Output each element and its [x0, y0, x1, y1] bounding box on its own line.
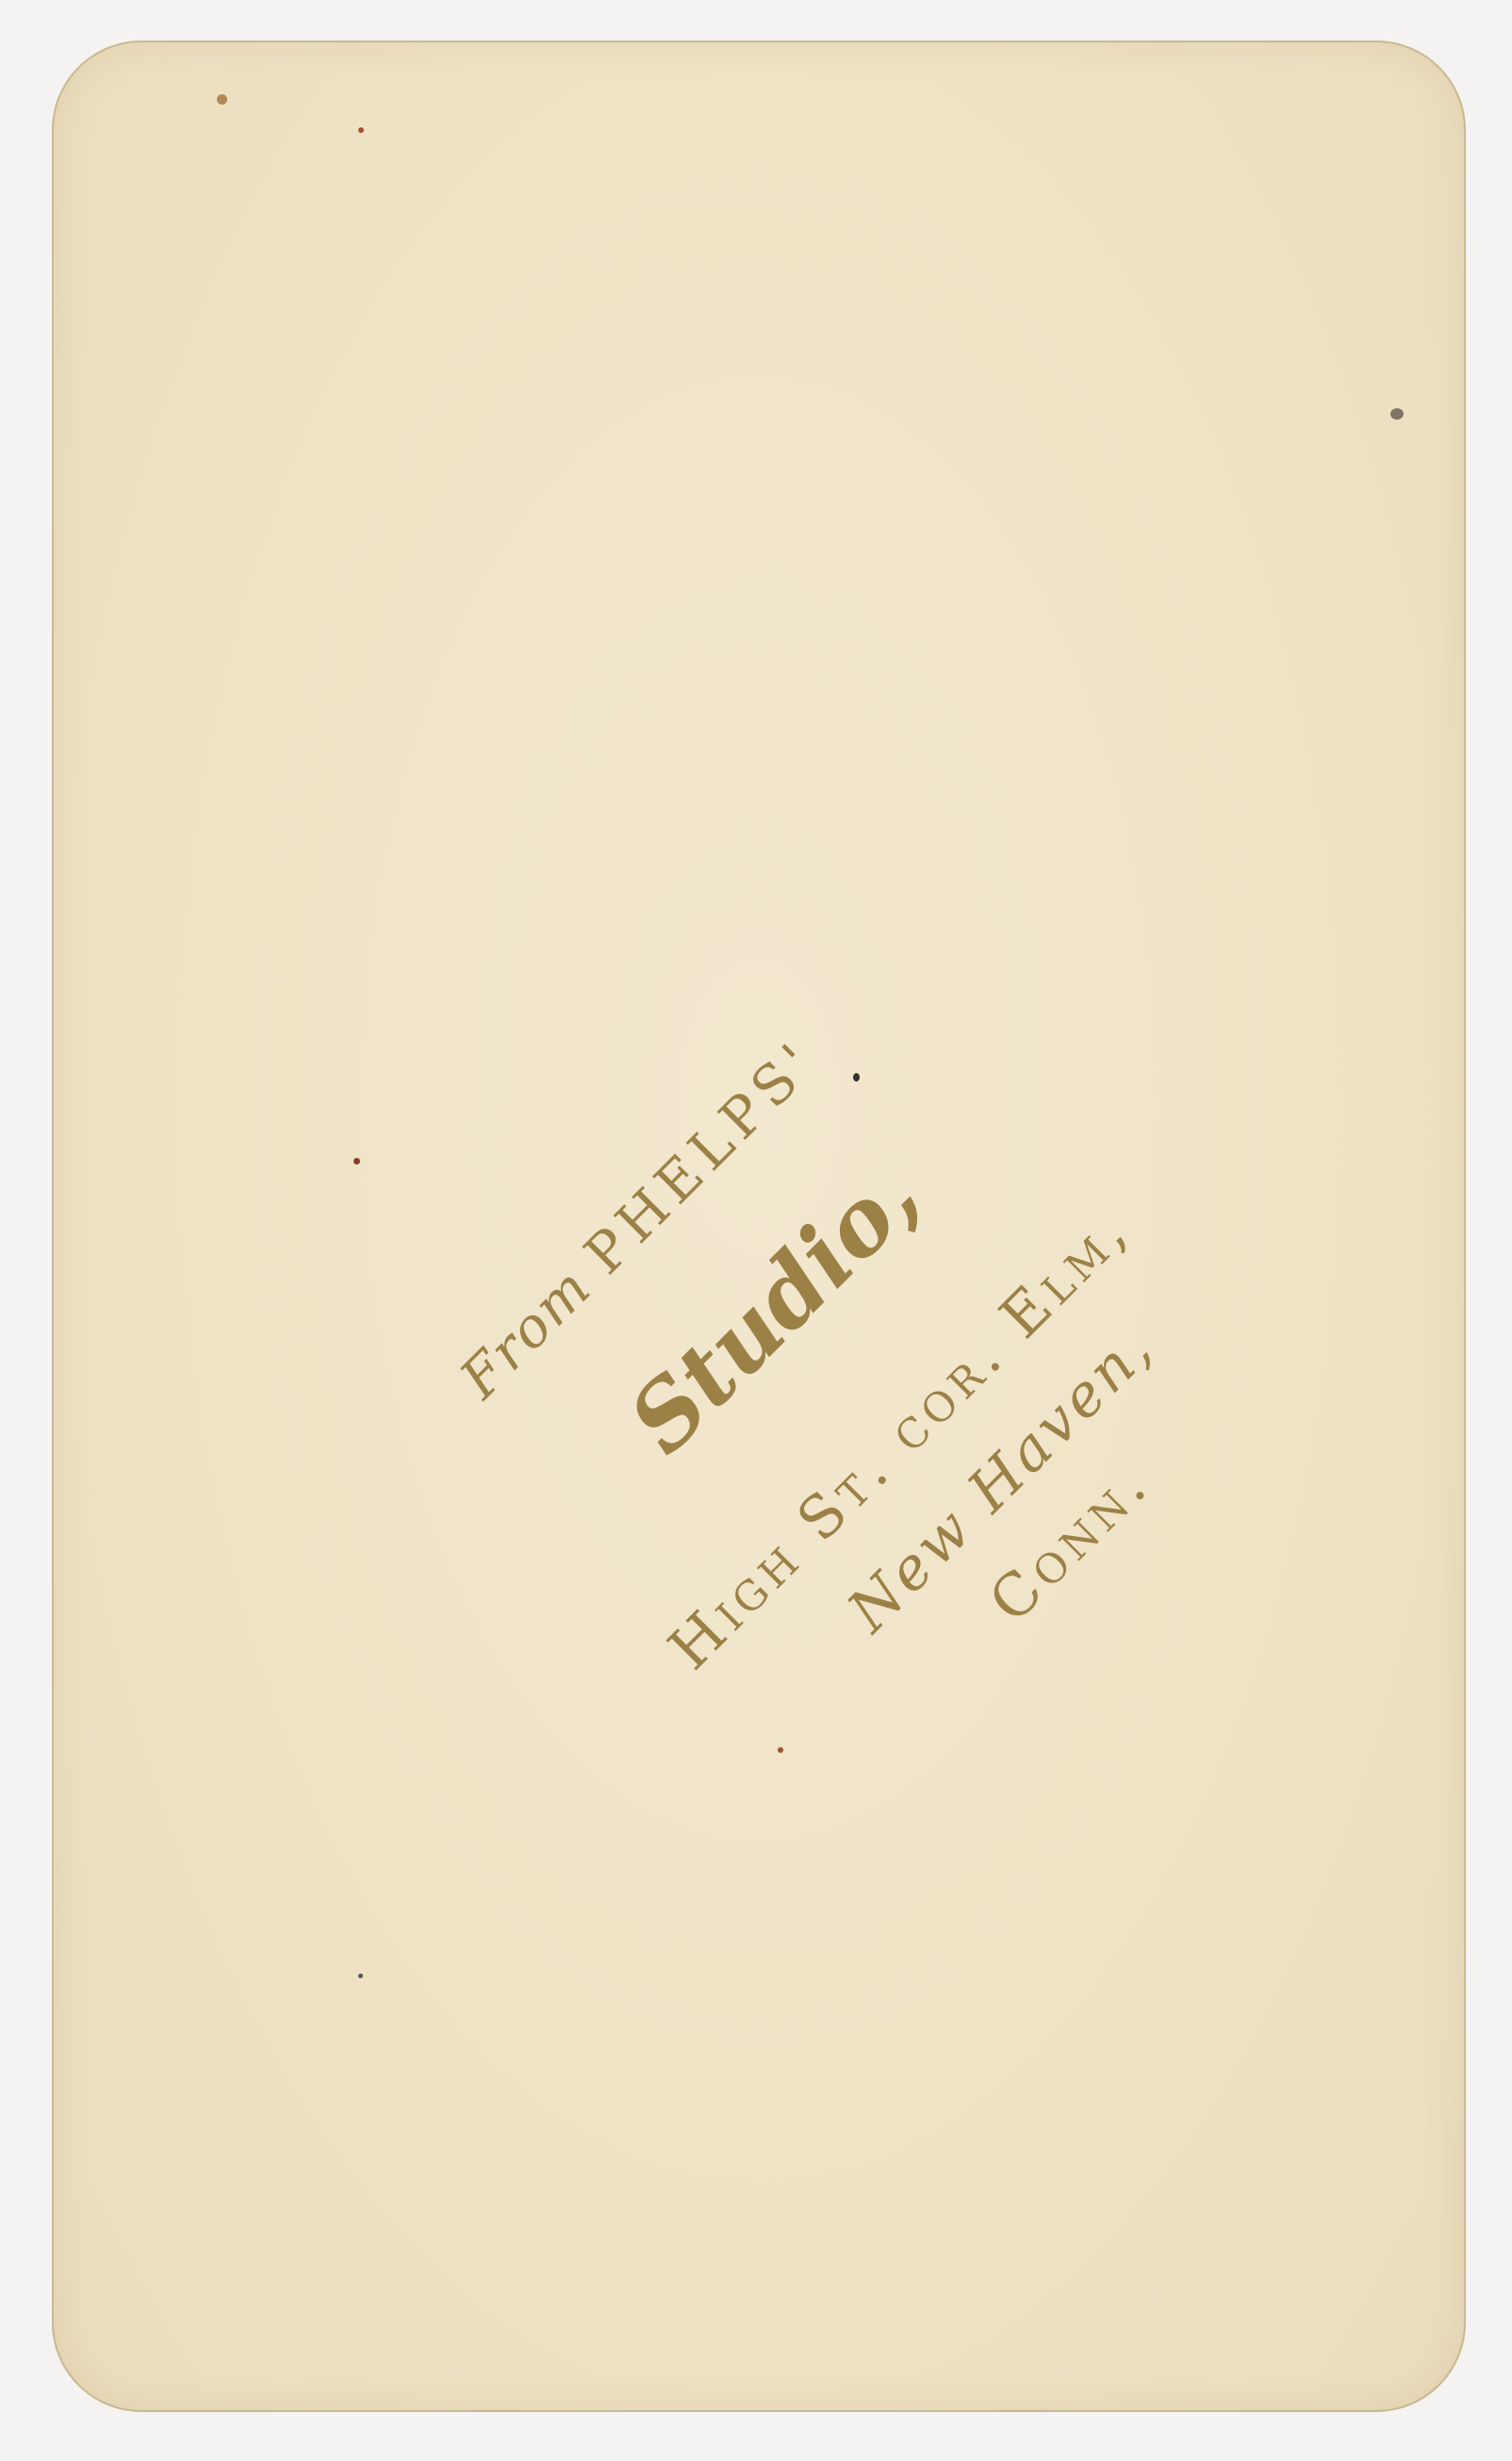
- foxing-spot: [853, 1073, 860, 1082]
- foxing-spot: [778, 1747, 783, 1753]
- foxing-spot: [358, 1974, 363, 1978]
- foxing-spot: [217, 94, 227, 105]
- foxing-spot: [1390, 408, 1404, 420]
- photo-card-back: From PHELPS' Studio, High St. cor. Elm, …: [52, 41, 1466, 2412]
- imprint-from: From: [448, 1255, 603, 1411]
- foxing-spot: [353, 1158, 360, 1164]
- foxing-spot: [358, 127, 364, 133]
